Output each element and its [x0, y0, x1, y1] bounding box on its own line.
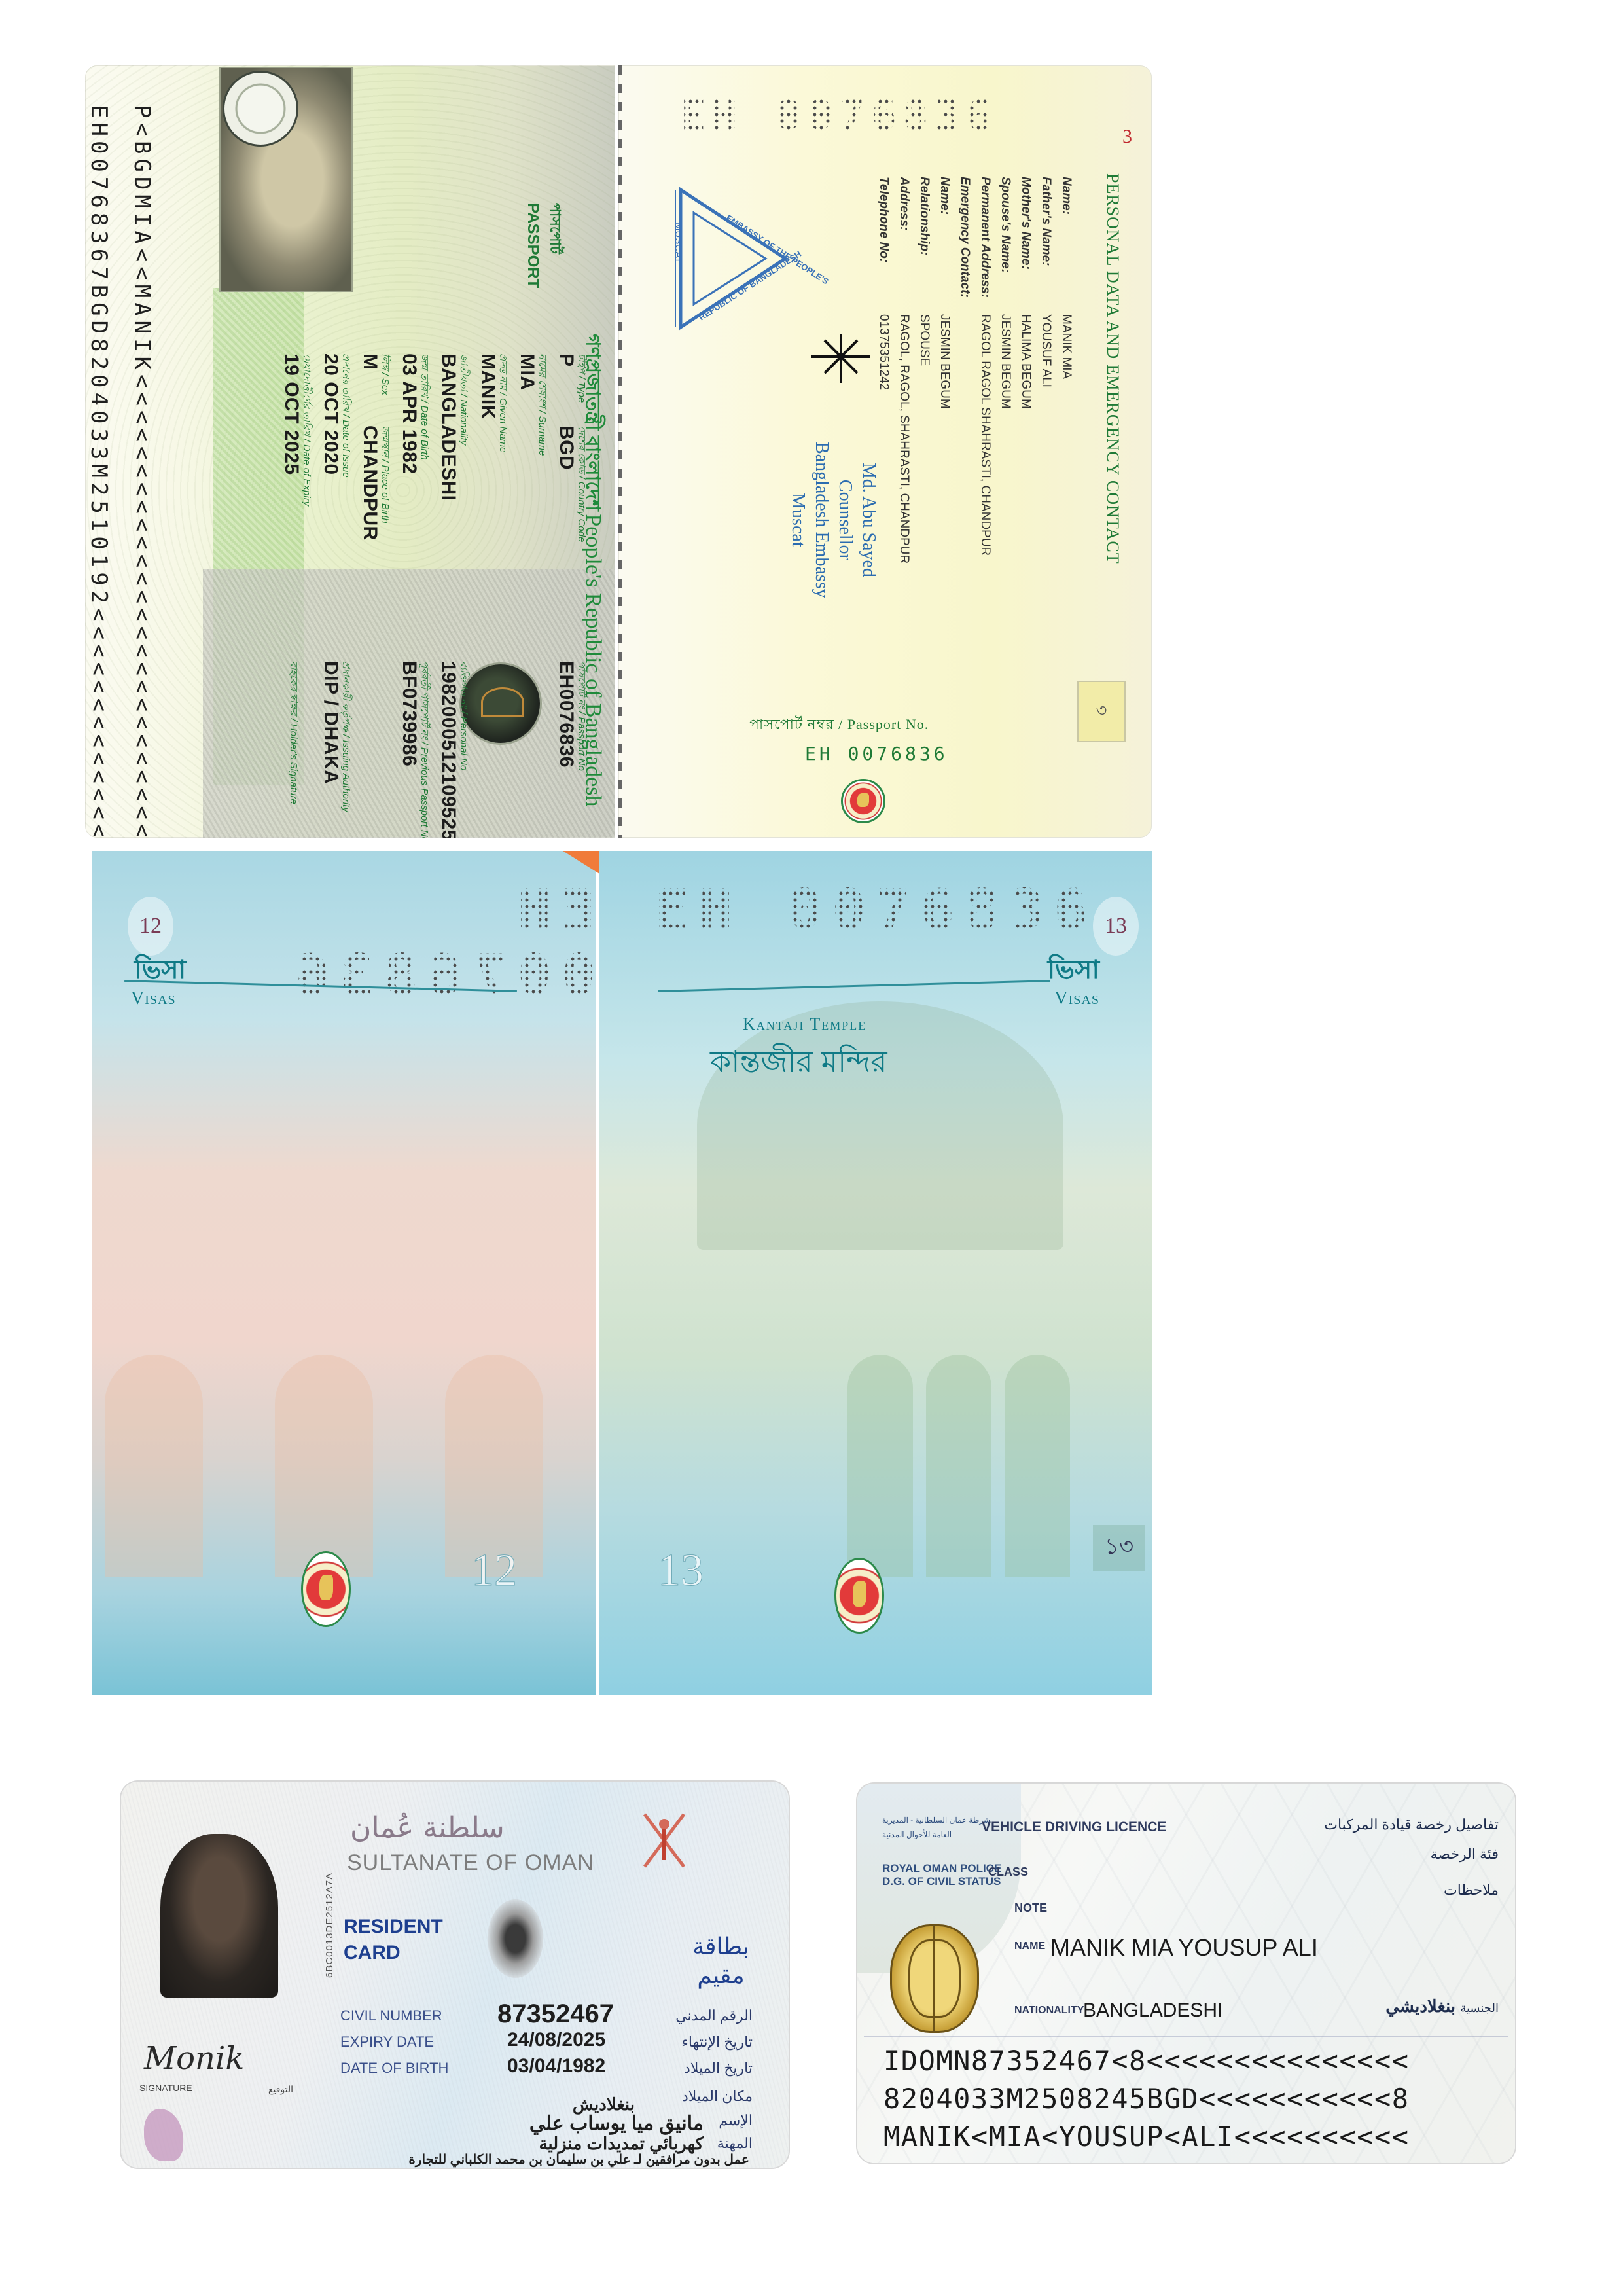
- licence-title: VEHICLE DRIVING LICENCE: [982, 1820, 1166, 1835]
- name-label-ar: الإسم: [719, 2112, 753, 2129]
- note-label: NOTE: [1014, 1901, 1047, 1915]
- name-ar: مانيق ميا يوساب علي: [529, 2112, 704, 2135]
- issuer-en: SULTANATE OF OMAN: [347, 1850, 594, 1876]
- personal-data-rows: Name:MANIK MIA Father's Name:YOUSUF ALI …: [874, 177, 1077, 700]
- data-row: Address:RAGOL, RAGOL, SHAHRASTI, CHANDPU…: [894, 177, 914, 700]
- occupation-label-ar: المهنة: [717, 2135, 753, 2152]
- oman-resident-card: 6BC0013DE2512A7A سلطنة عُمان SULTANATE O…: [121, 1782, 789, 2168]
- visa-title-bn: ভিসা: [1048, 949, 1099, 993]
- page-number-bn: ১৩: [1093, 1525, 1145, 1571]
- holder-signature: Monik: [144, 2040, 244, 2077]
- doc-label: পাসপোর্ট PASSPORT: [524, 203, 566, 288]
- smart-chip-icon: [890, 1924, 979, 2033]
- licence-mrz: IDOMN87352467<8<<<<<<<<<<<<<<<8204033M25…: [883, 2042, 1410, 2156]
- signature-label-ar: التوقيع: [268, 2084, 293, 2095]
- visa-title-en: Visas: [1054, 988, 1099, 1009]
- issuer-ar: سلطنة عُمان: [350, 1811, 505, 1844]
- oman-emblem-icon: [638, 1808, 690, 1873]
- bangladesh-emblem-icon: [301, 1551, 351, 1627]
- place-of-birth-label-ar: مكان الميلاد: [682, 2088, 753, 2105]
- class-label-ar: فئة الرخصة: [1431, 1846, 1499, 1863]
- triangle-stamp-icon: [668, 187, 792, 331]
- passport-no-label: পাসপোর্ট নম্বর / Passport No.: [749, 713, 929, 738]
- personal-data-title: PERSONAL DATA AND EMERGENCY CONTACT: [1103, 173, 1122, 564]
- name-label: NAME: [1014, 1941, 1045, 1952]
- signatory-title: Counsellor: [833, 442, 857, 598]
- civil-number: 87352467: [497, 2000, 614, 2029]
- date-of-birth: 03/04/1982: [507, 2055, 605, 2077]
- passport-mrz: P<BGDMIA<<MANIK<<<<<<<<<<<<<<<<<<<<<<<<<…: [85, 105, 164, 838]
- card-serial: 6BC0013DE2512A7A: [324, 1873, 335, 1978]
- field-previous-passport: BF0739986: [399, 661, 420, 766]
- field-given-name: MANIK: [477, 353, 499, 420]
- mrz-line-2: 8204033M2508245BGD<<<<<<<<<<<8: [883, 2080, 1410, 2118]
- temple-arches-artwork: [599, 1276, 1152, 1577]
- oman-driving-licence: شرطة عمان السلطانية - المديرية العامة لل…: [857, 1784, 1515, 2163]
- signatory-block: Md. Abu Sayed Counsellor Bangladesh Emba…: [786, 442, 880, 598]
- field-place-of-birth: CHANDPUR: [359, 425, 381, 541]
- civil-number-label-ar: الرقم المدني: [675, 2007, 753, 2024]
- licence-title-ar: تفاصيل رخصة قيادة المركبات: [1324, 1816, 1499, 1833]
- kantaji-temple-artwork: [697, 1001, 1063, 1250]
- date-of-birth-label: DATE OF BIRTH: [340, 2060, 448, 2077]
- perforated-passport-number: EH 0076836: [681, 92, 998, 140]
- binding-stitch: [618, 65, 622, 838]
- expiry-date-label-ar: تاريخ الإنتهاء: [682, 2034, 753, 2051]
- field-date-of-issue: 20 OCT 2020: [320, 353, 342, 475]
- field-nationality: BANGLADESHI: [438, 353, 459, 501]
- passport-spread-bio: P<BGDMIA<<MANIK<<<<<<<<<<<<<<<<<<<<<<<<<…: [85, 65, 1152, 838]
- nationality: BANGLADESHI: [1083, 2000, 1222, 2022]
- bio-fields: টাইপ / Type P দেশের কোড / Country Code B…: [196, 353, 589, 838]
- footer-page-number: 12: [471, 1545, 517, 1597]
- mrz-line-1: IDOMN87352467<8<<<<<<<<<<<<<<<: [883, 2042, 1410, 2080]
- card-type-ar: بطاقة مقيم: [692, 1932, 749, 1990]
- temple-caption-en: Kantaji Temple: [743, 1014, 866, 1034]
- expiry-date-label: EXPIRY DATE: [340, 2034, 434, 2051]
- class-label: CLASS: [988, 1865, 1028, 1879]
- data-row: Mother's Name:HALIMA BEGUM: [1016, 177, 1036, 700]
- card-type-line-1: RESIDENT: [344, 1916, 443, 1938]
- holder-photo: [160, 1834, 278, 1998]
- field-label-holder-signature: বাহকের স্বাক্ষর / Holder's Signature: [285, 661, 301, 804]
- temple-arches-artwork: [92, 1276, 596, 1577]
- page-number-bn: ৩: [1077, 681, 1126, 742]
- expiry-date: 24/08/2025: [507, 2029, 605, 2051]
- embassy-stamp: [668, 187, 792, 331]
- holder-name: MANIK MIA YOUSUP ALI: [1050, 1934, 1318, 1962]
- personal-data-title-block: PERSONAL DATA AND EMERGENCY CONTACT: [1103, 173, 1122, 564]
- signature-icon: [805, 327, 877, 386]
- government-seal-icon: [223, 71, 298, 147]
- mrz-line-1: P<BGDMIA<<MANIK<<<<<<<<<<<<<<<<<<<<<<<<<…: [120, 105, 164, 838]
- field-type: P: [556, 353, 577, 367]
- field-dob: 03 APR 1982: [399, 353, 420, 475]
- passport-no: EH 0076836: [805, 743, 948, 764]
- field-surname: MIA: [516, 353, 538, 391]
- passport-bio-page: P<BGDMIA<<MANIK<<<<<<<<<<<<<<<<<<<<<<<<<…: [85, 65, 615, 838]
- employer-ar: عمل بدون مرافقين لـ علي بن سليمان بن محم…: [408, 2151, 749, 2168]
- page-number: 3: [1122, 126, 1132, 148]
- field-passport-no: EH0076836: [556, 661, 577, 768]
- footer-page-number: 13: [658, 1545, 704, 1597]
- page-number: 13: [1093, 897, 1139, 956]
- issuer-ar: شرطة عمان السلطانية - المديرية العامة لل…: [882, 1813, 993, 1842]
- temple-caption-bn: কান্তজীর মন্দির: [710, 1039, 887, 1089]
- data-row: Name:MANIK MIA: [1056, 177, 1077, 700]
- mrz-line-3: MANIK<MIA<YOUSUP<ALI<<<<<<<<<<: [883, 2118, 1410, 2156]
- stamp-city: MUSCAT: [673, 223, 684, 263]
- visa-page-12: EH 0076836 12 ভিসা Visas 12: [92, 851, 596, 1695]
- doc-label-en: PASSPORT: [524, 203, 542, 288]
- date-of-birth-label-ar: تاريخ الميلاد: [684, 2060, 753, 2077]
- doc-label-bn: পাসপোর্ট: [542, 203, 566, 288]
- signatory-office: Bangladesh Embassy: [810, 442, 833, 598]
- field-issuing-authority: DIP / DHAKA: [320, 661, 342, 784]
- bangladesh-emblem-icon: [834, 1558, 884, 1634]
- data-row: Telephone No:01375351242: [874, 177, 894, 700]
- visa-title-bn: ভিসা: [134, 949, 186, 993]
- divider: [864, 2036, 1508, 2037]
- field-personal-no: 19820005121095252: [438, 661, 459, 838]
- issuer-en: ROYAL OMAN POLICE D.G. OF CIVIL STATUS: [882, 1862, 1001, 1888]
- visa-page-13: EH 0076836 13 ভিসা Visas Kantaji Temple …: [599, 851, 1152, 1695]
- data-row: Relationship:SPOUSE: [914, 177, 935, 700]
- signatory-city: Muscat: [786, 442, 810, 598]
- perforated-passport-number: EH 0076836: [654, 877, 1098, 942]
- passport-personal-data-page: EH 0076836 3 ৩ PERSONAL DATA AND EMERGEN…: [618, 65, 1152, 838]
- data-row: Permanent Address:RAGOL RAGOL SHAHRASTI,…: [975, 177, 995, 700]
- civil-number-label: CIVIL NUMBER: [340, 2007, 442, 2024]
- passport-spread-visas: EH 0076836 12 ভিসা Visas 12 EH 0076836 1…: [92, 851, 1152, 1695]
- signatory-name: Md. Abu Sayed: [857, 442, 880, 598]
- page-number: 12: [128, 897, 173, 956]
- nationality-label: NATIONALITY: [1014, 2005, 1084, 2017]
- data-row: Spouse's Name:JESMIN BEGUM: [995, 177, 1016, 700]
- data-row: Name:JESMIN BEGUM: [935, 177, 955, 700]
- signature-label: SIGNATURE: [139, 2083, 192, 2093]
- divider: [658, 980, 1050, 992]
- data-row: Emergency Contact:: [955, 177, 975, 700]
- bangladesh-emblem-icon: [841, 779, 885, 823]
- ghost-photo: [488, 1899, 543, 1978]
- field-date-of-expiry: 19 OCT 2025: [281, 353, 302, 475]
- visa-title-en: Visas: [131, 988, 176, 1009]
- mrz-line-2: EH00768367BGD8204033M2510192<<<<<<<<<<<<…: [85, 105, 120, 838]
- card-type-line-2: CARD: [344, 1942, 401, 1964]
- field-country-code: BGD: [556, 425, 577, 470]
- note-label-ar: ملاحظات: [1444, 1882, 1499, 1899]
- data-row: Father's Name:YOUSUF ALI: [1036, 177, 1056, 700]
- field-sex: M: [359, 353, 381, 370]
- nationality-ar: الجنسية بنغلاديشي: [1385, 1996, 1499, 2017]
